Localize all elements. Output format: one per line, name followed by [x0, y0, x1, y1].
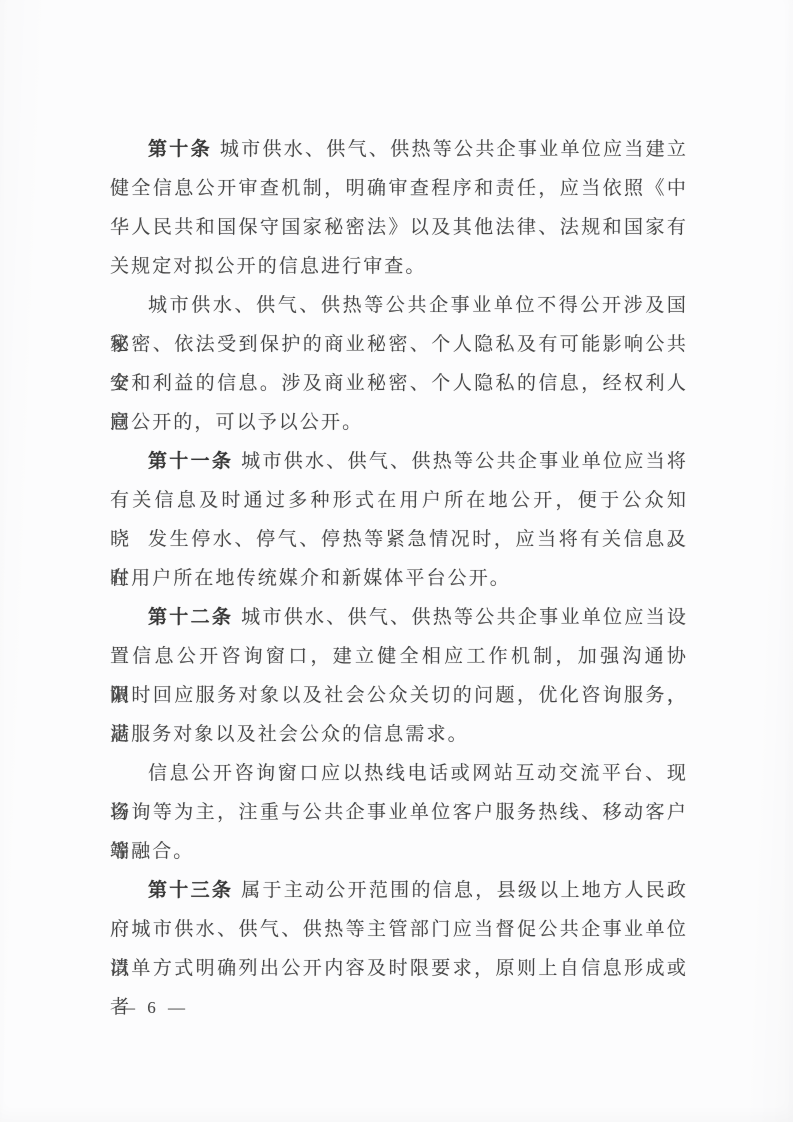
text-line: 健全信息公开审查机制，明确审查程序和责任，应当依照《中 — [110, 169, 688, 208]
line-text: 在用户所在地传统媒介和新媒体平台公开。 — [110, 568, 511, 589]
line-text: 清单方式明确列出公开内容及时限要求，原则上自信息形成或者 — [110, 958, 688, 1018]
text-line: 全和利益的信息。涉及商业秘密、个人隐私的信息，经权利人同 — [110, 364, 688, 403]
line-text: 足服务对象以及社会公众的信息需求。 — [110, 724, 469, 745]
text-line: 在用户所在地传统媒介和新媒体平台公开。 — [110, 559, 688, 598]
article-number: 第十一条 — [148, 451, 233, 472]
line-text: 城市供水、供气、供热等公共企事业单位应当将 — [241, 451, 688, 472]
text-line: 有关信息及时通过多种形式在用户所在地公开，便于公众知晓。 — [110, 481, 688, 520]
document-page: 第十条城市供水、供气、供热等公共企事业单位应当建立健全信息公开审查机制，明确审查… — [0, 0, 793, 1122]
line-text: 华人民共和国保守国家秘密法》以及其他法律、法规和国家有 — [110, 217, 688, 238]
text-line: 第十条城市供水、供气、供热等公共企事业单位应当建立 — [110, 130, 688, 169]
text-line: 足服务对象以及社会公众的信息需求。 — [110, 715, 688, 754]
text-line: 清单方式明确列出公开内容及时限要求，原则上自信息形成或者 — [110, 949, 688, 988]
text-line: 限时回应服务对象以及社会公众关切的问题，优化咨询服务，满 — [110, 676, 688, 715]
text-line: 信息公开咨询窗口应以热线电话或网站互动交流平台、现场 — [110, 754, 688, 793]
text-line: 等融合。 — [110, 832, 688, 871]
text-line: 第十一条城市供水、供气、供热等公共企事业单位应当将 — [110, 442, 688, 481]
article-number: 第十二条 — [148, 607, 233, 628]
text-line: 咨询等为主，注重与公共企事业单位客户服务热线、移动客户端 — [110, 793, 688, 832]
page-number: — 6 — — [118, 996, 189, 1020]
line-text: 城市供水、供气、供热等公共企事业单位应当设 — [241, 607, 688, 628]
text-line: 城市供水、供气、供热等公共企事业单位不得公开涉及国家 — [110, 286, 688, 325]
text-line: 府城市供水、供气、供热等主管部门应当督促公共企事业单位以 — [110, 910, 688, 949]
line-text: 健全信息公开审查机制，明确审查程序和责任，应当依照《中 — [110, 178, 688, 199]
text-line: 华人民共和国保守国家秘密法》以及其他法律、法规和国家有 — [110, 208, 688, 247]
document-body: 第十条城市供水、供气、供热等公共企事业单位应当建立健全信息公开审查机制，明确审查… — [110, 130, 688, 988]
article-number: 第十三条 — [148, 880, 233, 901]
text-line: 第十二条城市供水、供气、供热等公共企事业单位应当设 — [110, 598, 688, 637]
text-line: 秘密、依法受到保护的商业秘密、个人隐私及有可能影响公共安 — [110, 325, 688, 364]
text-line: 第十三条属于主动公开范围的信息，县级以上地方人民政 — [110, 871, 688, 910]
line-text: 意公开的，可以予以公开。 — [110, 412, 363, 433]
article-number: 第十条 — [148, 139, 212, 160]
line-text: 城市供水、供气、供热等公共企事业单位应当建立 — [220, 139, 688, 160]
text-line: 置信息公开咨询窗口，建立健全相应工作机制，加强沟通协调， — [110, 637, 688, 676]
line-text: 等融合。 — [110, 841, 194, 862]
text-line: 关规定对拟公开的信息进行审查。 — [110, 247, 688, 286]
line-text: 关规定对拟公开的信息进行审查。 — [110, 256, 427, 277]
text-line: 意公开的，可以予以公开。 — [110, 403, 688, 442]
text-line: 发生停水、停气、停热等紧急情况时，应当将有关信息及时 — [110, 520, 688, 559]
line-text: 属于主动公开范围的信息，县级以上地方人民政 — [241, 880, 688, 901]
